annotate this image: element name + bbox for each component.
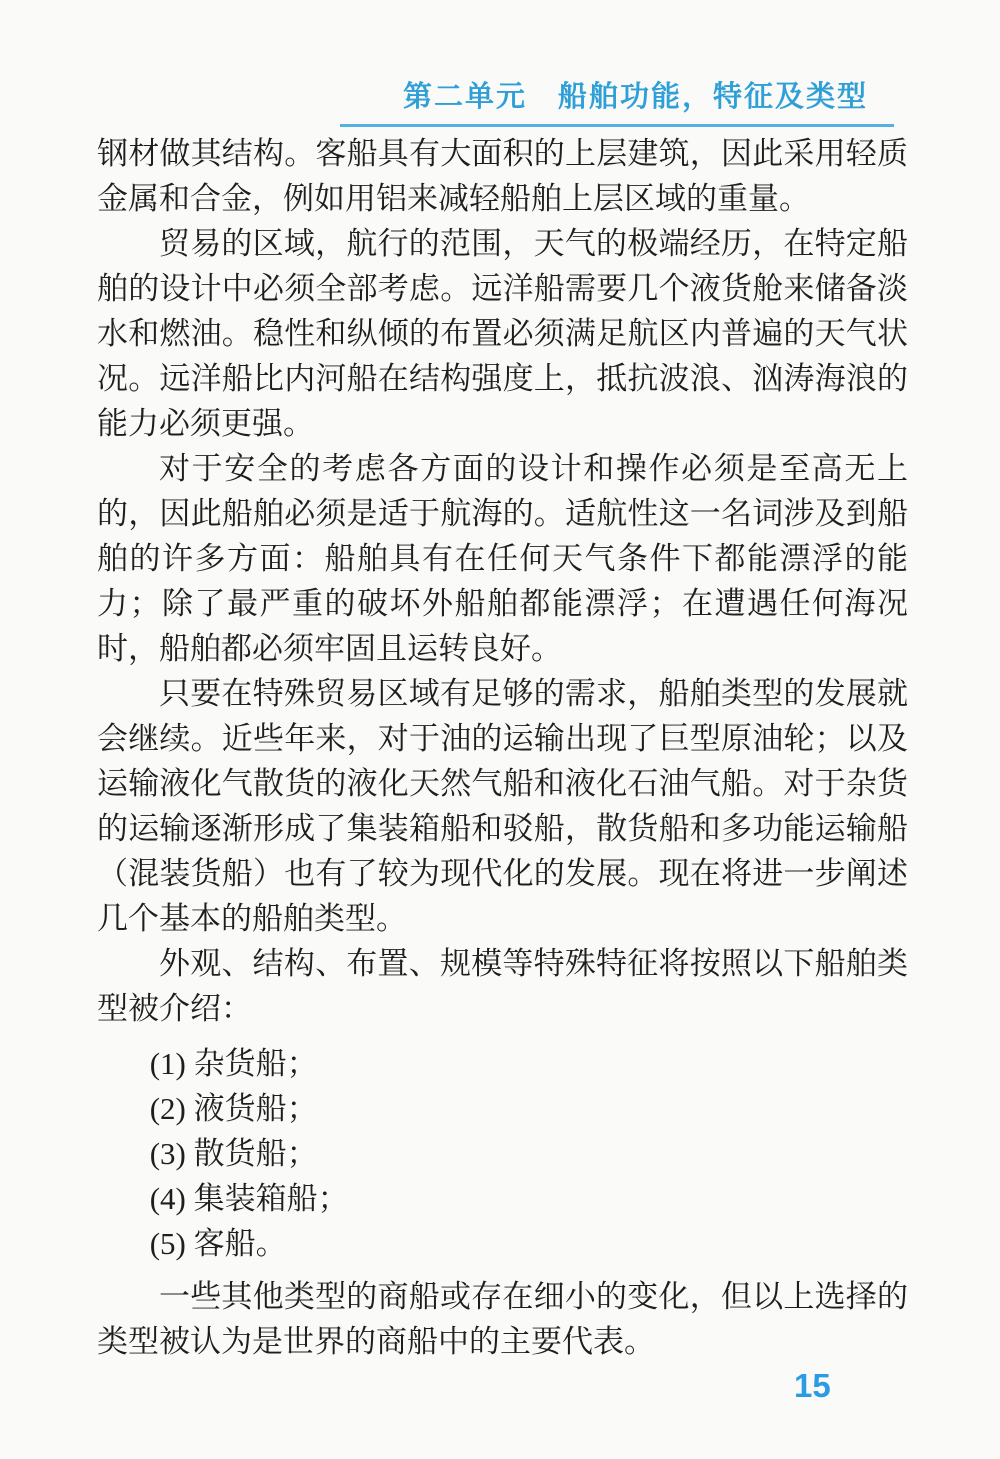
body-content: 钢材做其结构。客船具有大面积的上层建筑，因此采用轻质金属和合金，例如用铝来减轻船… — [97, 131, 908, 1364]
chapter-title: 第二单元 船舶功能，特征及类型 — [403, 81, 868, 113]
list-item-general-cargo-ship: (1) 杂货船； — [97, 1041, 908, 1086]
page-number: 15 — [794, 1367, 831, 1405]
paragraph-trade-area: 贸易的区域，航行的范围，天气的极端经历，在特定船舶的设计中必须全部考虑。远洋船需… — [97, 221, 908, 446]
paragraph-ship-type-development: 只要在特殊贸易区域有足够的需求，船舶类型的发展就会继续。近些年来，对于油的运输出… — [97, 671, 908, 941]
list-item-liquid-cargo-ship: (2) 液货船； — [97, 1086, 908, 1131]
list-item-bulk-carrier: (3) 散货船； — [97, 1131, 908, 1176]
book-page: 第二单元 船舶功能，特征及类型 钢材做其结构。客船具有大面积的上层建筑，因此采用… — [0, 0, 1000, 1459]
paragraph-other-types: 一些其他类型的商船或存在细小的变化，但以上选择的类型被认为是世界的商船中的主要代… — [97, 1274, 908, 1364]
list-item-container-ship: (4) 集装箱船； — [97, 1176, 908, 1221]
paragraph-steel-structure: 钢材做其结构。客船具有大面积的上层建筑，因此采用轻质金属和合金，例如用铝来减轻船… — [97, 131, 908, 221]
list-item-passenger-ship: (5) 客船。 — [97, 1221, 908, 1266]
paragraph-safety-seaworthiness: 对于安全的考虑各方面的设计和操作必须是至高无上的，因此船舶必须是适于航海的。适航… — [97, 446, 908, 671]
ship-type-list: (1) 杂货船； (2) 液货船； (3) 散货船； (4) 集装箱船； (5)… — [97, 1041, 908, 1266]
paragraph-features-intro: 外观、结构、布置、规模等特殊特征将按照以下船舶类型被介绍： — [97, 941, 908, 1031]
page-header: 第二单元 船舶功能，特征及类型 — [340, 74, 894, 127]
